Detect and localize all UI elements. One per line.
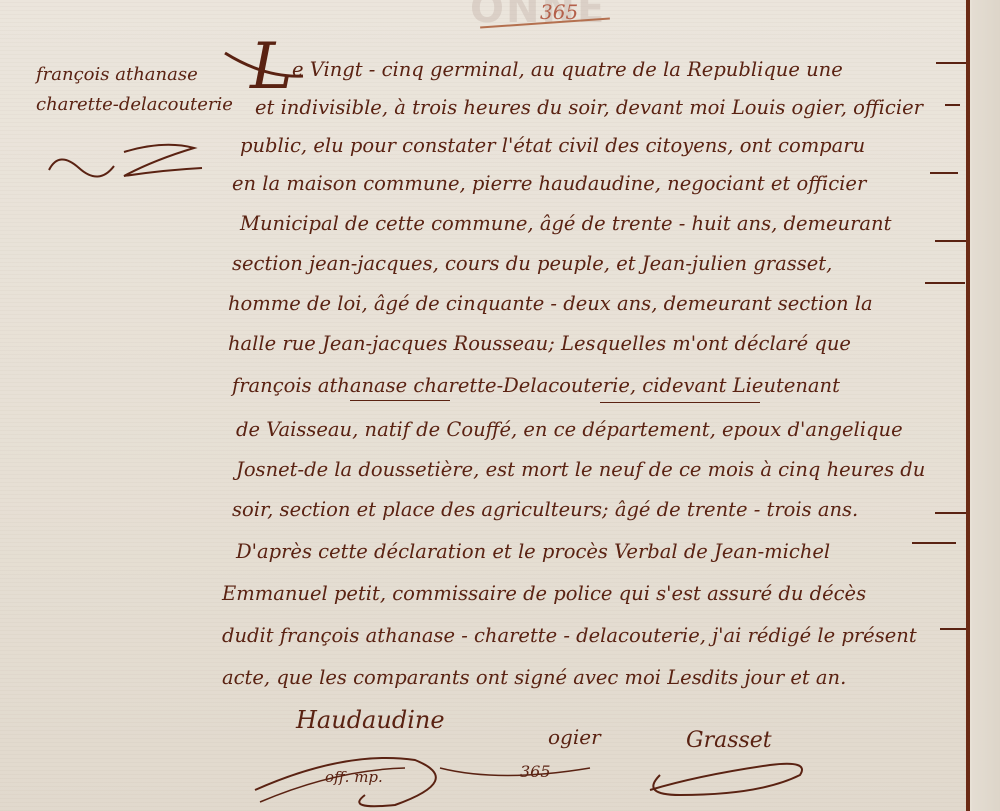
- record-line: Josnet-de la doussetière, est mort le ne…: [236, 458, 925, 481]
- record-line: halle rue Jean-jacques Rousseau; Lesquel…: [228, 332, 851, 355]
- line-filler-dash: [925, 282, 965, 284]
- line-filler-dash: [940, 628, 966, 630]
- line-filler-dash: [945, 104, 960, 106]
- line-filler-dash: [935, 240, 966, 242]
- record-line: dudit françois athanase - charette - del…: [222, 624, 917, 647]
- record-line: section jean-jacques, cours du peuple, e…: [232, 252, 832, 275]
- line-filler-dash: [936, 62, 966, 64]
- margin-note-line: charette-delacouterie: [36, 90, 233, 120]
- record-line: en la maison commune, pierre haudaudine,…: [232, 172, 866, 195]
- adjacent-page-edge: [972, 0, 1000, 811]
- signature-ogier: ogier: [548, 725, 601, 749]
- line-filler-dash: [912, 542, 956, 544]
- signature-haudaudine: Haudaudine: [296, 706, 445, 734]
- margin-note: françois athanase charette-delacouterie: [36, 60, 233, 120]
- underline-delacouterie: [600, 402, 760, 403]
- record-line: Emmanuel petit, commissaire de police qu…: [222, 582, 866, 605]
- record-line: D'après cette déclaration et le procès V…: [236, 540, 830, 563]
- margin-rule: [966, 0, 970, 811]
- deceased-name-text: françois athanase charette-Delacouterie,…: [232, 374, 840, 397]
- signature-flourish-icon: [440, 748, 590, 788]
- signature-flourish-icon: [640, 745, 810, 800]
- margin-note-line: françois athanase: [36, 60, 233, 90]
- record-line: acte, que les comparants ont signé avec …: [222, 666, 846, 689]
- manuscript-page: ONNE 365 françois athanase charette-dela…: [0, 0, 966, 811]
- record-line: de Vaisseau, natif de Couffé, en ce dépa…: [236, 418, 903, 441]
- underline-athanase: [350, 400, 450, 401]
- record-line: soir, section et place des agriculteurs;…: [232, 498, 858, 521]
- line-filler-dash: [930, 172, 958, 174]
- record-line: public, elu pour constater l'état civil …: [240, 134, 865, 157]
- record-line-deceased-name: françois athanase charette-Delacouterie,…: [232, 374, 840, 397]
- record-line: Municipal de cette commune, âgé de trent…: [240, 212, 891, 235]
- record-line: e Vingt - cinq germinal, au quatre de la…: [292, 58, 843, 81]
- record-line: homme de loi, âgé de cinquante - deux an…: [228, 292, 873, 315]
- record-line: et indivisible, à trois heures du soir, …: [255, 96, 923, 119]
- signature-flourish-icon: [255, 740, 455, 810]
- margin-flourish-icon: [44, 140, 204, 180]
- line-filler-dash: [935, 512, 966, 514]
